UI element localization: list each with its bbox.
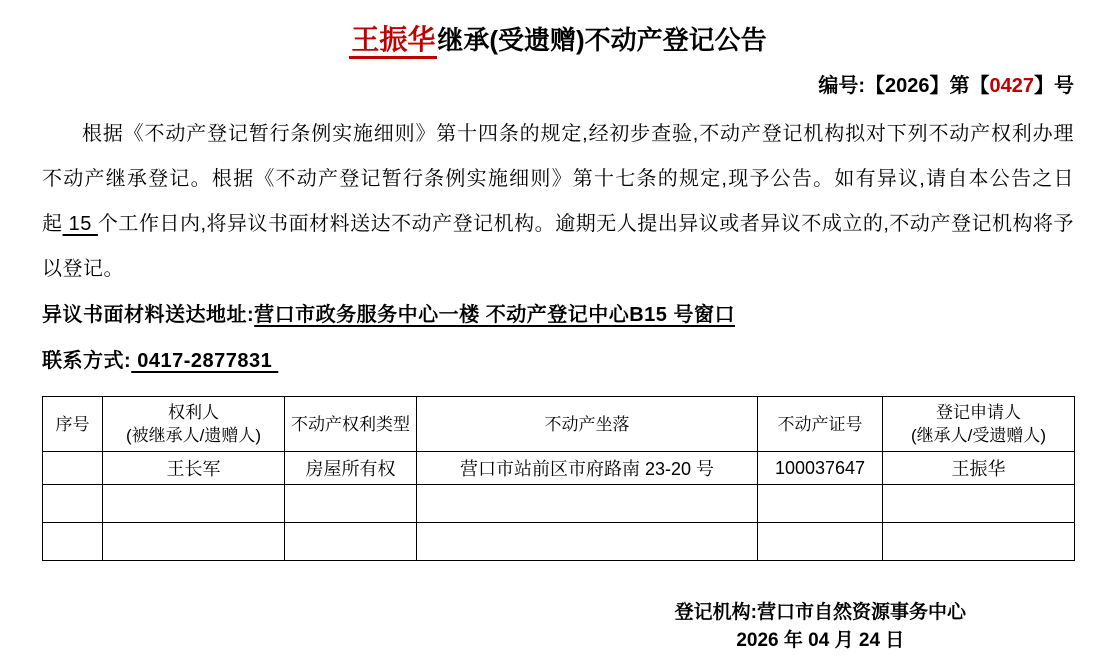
doc-number-prefix: 编号:【2026】第【 bbox=[818, 75, 989, 97]
cell-rights-holder: 王长军 bbox=[103, 452, 285, 485]
cell-certificate-number: 100037647 bbox=[758, 452, 883, 485]
notice-body-paragraph: 根据《不动产登记暂行条例实施细则》第十四条的规定,经初步查验,不动产登记机构拟对… bbox=[42, 112, 1074, 292]
paragraph-part2: 个工作日内,将异议书面材料送达不动产登记机构。逾期无人提出异议或者异议不成立的,… bbox=[42, 213, 1074, 280]
property-registration-table: 序号 权利人 (被继承人/遗赠人) 不动产权利类型 不动产坐落 不动产证号 登记… bbox=[42, 396, 1075, 561]
applicant-name-highlight: 王振华 bbox=[349, 24, 437, 59]
doc-number-line: 编号:【2026】第【0427】号 bbox=[42, 72, 1074, 100]
footer-signature-block: 登记机构:营口市自然资源事务中心 2026 年 04 月 24 日 bbox=[675, 599, 966, 655]
cell-rights-holder bbox=[103, 523, 285, 561]
notice-document: 王振华继承(受遗赠)不动产登记公告 编号:【2026】第【0427】号 根据《不… bbox=[0, 0, 1116, 663]
objection-days-value: 15 bbox=[63, 213, 98, 235]
page-title: 王振华继承(受遗赠)不动产登记公告 bbox=[42, 22, 1074, 58]
objection-address-label: 异议书面材料送达地址: bbox=[42, 304, 254, 326]
cell-right-type: 房屋所有权 bbox=[285, 452, 417, 485]
cell-property-location: 营口市站前区市府路南 23-20 号 bbox=[417, 452, 758, 485]
issue-date-line: 2026 年 04 月 24 日 bbox=[675, 627, 966, 655]
cell-serial-number bbox=[43, 452, 103, 485]
doc-number-suffix: 】号 bbox=[1034, 75, 1074, 97]
th-serial-number: 序号 bbox=[43, 397, 103, 452]
title-rest: 继承(受遗赠)不动产登记公告 bbox=[437, 25, 766, 55]
objection-address-line: 异议书面材料送达地址:营口市政务服务中心一楼 不动产登记中心B15 号窗口 bbox=[42, 292, 1074, 338]
contact-label: 联系方式: bbox=[42, 350, 131, 372]
cell-property-location bbox=[417, 523, 758, 561]
table-row: 王长军 房屋所有权 营口市站前区市府路南 23-20 号 100037647 王… bbox=[43, 452, 1075, 485]
table-row bbox=[43, 523, 1075, 561]
cell-applicant: 王振华 bbox=[883, 452, 1075, 485]
cell-rights-holder bbox=[103, 485, 285, 523]
cell-certificate-number bbox=[758, 523, 883, 561]
doc-number-value: 0427 bbox=[990, 75, 1035, 97]
th-rights-holder: 权利人 (被继承人/遗赠人) bbox=[103, 397, 285, 452]
cell-right-type bbox=[285, 523, 417, 561]
registration-agency-line: 登记机构:营口市自然资源事务中心 bbox=[675, 599, 966, 627]
contact-phone-value: 0417-2877831 bbox=[131, 350, 278, 372]
cell-applicant bbox=[883, 485, 1075, 523]
th-property-location: 不动产坐落 bbox=[417, 397, 758, 452]
cell-serial-number bbox=[43, 485, 103, 523]
objection-address-value: 营口市政务服务中心一楼 不动产登记中心B15 号窗口 bbox=[254, 304, 735, 326]
contact-line: 联系方式: 0417-2877831 bbox=[42, 338, 1074, 384]
th-right-type: 不动产权利类型 bbox=[285, 397, 417, 452]
th-applicant: 登记申请人 (继承人/受遗赠人) bbox=[883, 397, 1075, 452]
cell-serial-number bbox=[43, 523, 103, 561]
cell-certificate-number bbox=[758, 485, 883, 523]
cell-right-type bbox=[285, 485, 417, 523]
table-header-row: 序号 权利人 (被继承人/遗赠人) 不动产权利类型 不动产坐落 不动产证号 登记… bbox=[43, 397, 1075, 452]
table-row bbox=[43, 485, 1075, 523]
cell-applicant bbox=[883, 523, 1075, 561]
cell-property-location bbox=[417, 485, 758, 523]
th-certificate-number: 不动产证号 bbox=[758, 397, 883, 452]
